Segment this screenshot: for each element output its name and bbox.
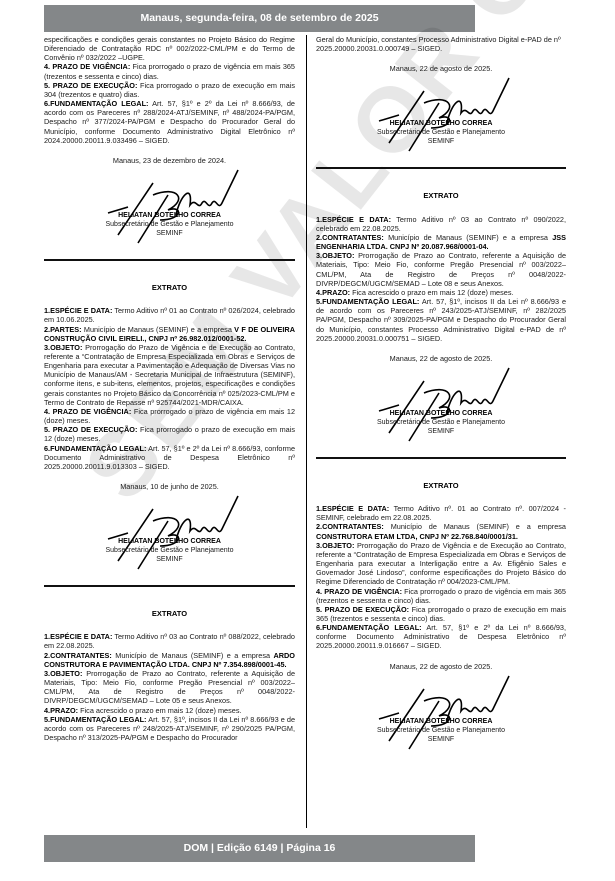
paragraph: 5. PRAZO DE EXECUÇÃO: Fica prorrogado o … [44, 81, 295, 99]
paragraph: 3.OBJETO: Prorrogação de Prazo ao Contra… [44, 669, 295, 706]
paragraph: 5.FUNDAMENTAÇÃO LEGAL: Art. 57, §1º, inc… [316, 297, 566, 343]
extrato-section: EXTRATO 1.ESPÉCIE E DATA: Termo Aditivo … [316, 191, 566, 459]
signer-role: Subsecretário de Gestão e Planejamento [316, 418, 566, 427]
paragraph: 2.PARTES: Município de Manaus (SEMINF) e… [44, 325, 295, 343]
signer-role: Subsecretário de Gestão e Planejamento [316, 726, 566, 735]
signature-block: HELIATAN BOTELHO CORREA Subsecretário de… [316, 671, 566, 743]
paragraph: 4. PRAZO DE VIGÊNCIA: Fica prorrogado o … [44, 407, 295, 425]
paragraph: 6.FUNDAMENTAÇÃO LEGAL: Art. 57, §1º e 2º… [316, 623, 566, 650]
paragraph: 3.OBJETO: Prorrogação de Prazo ao Contra… [316, 251, 566, 288]
paragraph: 3.OBJETO: Prorrogação do Prazo de Vigênc… [316, 541, 566, 587]
extrato-section: EXTRATO 1.ESPÉCIE E DATA: Termo Aditivo … [316, 481, 566, 743]
paragraph: Geral do Município, constantes Processo … [316, 35, 566, 53]
section-separator [316, 167, 566, 169]
paragraph: 6.FUNDAMENTAÇÃO LEGAL: Art. 57, §1º e 2º… [44, 444, 295, 471]
section-separator [44, 259, 295, 261]
paragraph: 1.ESPÉCIE E DATA: Termo Aditivo nº 03 ao… [316, 215, 566, 233]
continuation-section: especificações e condições gerais consta… [44, 35, 295, 261]
extrato-section: EXTRATO 1.ESPÉCIE E DATA: Termo Aditivo … [44, 283, 295, 587]
signing-date: Manaus, 22 de agosto de 2025. [316, 64, 566, 73]
signing-date: Manaus, 10 de junho de 2025. [44, 482, 295, 491]
footer-text: DOM | Edição 6149 | Página 16 [184, 842, 336, 854]
signature-block: HELIATAN BOTELHO CORREA Subsecretário de… [44, 491, 295, 563]
signing-date: Manaus, 22 de agosto de 2025. [316, 662, 566, 671]
continuation-section: Geral do Município, constantes Processo … [316, 35, 566, 169]
signature-block: HELIATAN BOTELHO CORREA Subsecretário de… [316, 73, 566, 145]
extrato-section: EXTRATO 1.ESPÉCIE E DATA: Termo Aditivo … [44, 609, 295, 742]
paragraph: 3.OBJETO: Prorrogação do Prazo de Vigênc… [44, 343, 295, 407]
paragraph: 1.ESPÉCIE E DATA: Termo Aditivo nº. 01 a… [316, 504, 566, 522]
signing-date: Manaus, 23 de dezembro de 2024. [44, 156, 295, 165]
paragraph: 4.PRAZO: Fica acrescido o prazo em mais … [44, 706, 295, 715]
section-title: EXTRATO [44, 283, 295, 292]
page-header-bar: Manaus, segunda-feira, 08 de setembro de… [44, 5, 475, 32]
signer-org: SEMINF [44, 229, 295, 238]
header-title: Manaus, segunda-feira, 08 de setembro de… [140, 12, 378, 24]
paragraph: 1.ESPÉCIE E DATA: Termo Aditivo nº 03 ao… [44, 632, 295, 650]
section-title: EXTRATO [44, 609, 295, 618]
signer-name: HELIATAN BOTELHO CORREA [44, 211, 295, 220]
column-divider [306, 35, 307, 828]
section-separator [316, 457, 566, 459]
signature-block: HELIATAN BOTELHO CORREA Subsecretário de… [316, 363, 566, 435]
paragraph: 1.ESPÉCIE E DATA: Termo Aditivo nº 01 ao… [44, 306, 295, 324]
signer-org: SEMINF [316, 735, 566, 744]
paragraph: 4. PRAZO DE VIGÊNCIA: Fica prorrogado o … [44, 62, 295, 80]
signer-org: SEMINF [316, 427, 566, 436]
signer-org: SEMINF [44, 555, 295, 564]
right-column: Geral do Município, constantes Processo … [316, 35, 566, 743]
signer-name: HELIATAN BOTELHO CORREA [44, 537, 295, 546]
paragraph: 2.CONTRATANTES: Município de Manaus (SEM… [44, 651, 295, 669]
section-title: EXTRATO [316, 481, 566, 490]
paragraph: 5. PRAZO DE EXECUÇÃO: Fica prorrogado o … [44, 425, 295, 443]
paragraph: 4. PRAZO DE VIGÊNCIA: Fica prorrogado o … [316, 587, 566, 605]
signer-name: HELIATAN BOTELHO CORREA [316, 409, 566, 418]
paragraph: 4.PRAZO: Fica acrescido o prazo em mais … [316, 288, 566, 297]
signature-block: HELIATAN BOTELHO CORREA Subsecretário de… [44, 165, 295, 237]
signer-name: HELIATAN BOTELHO CORREA [316, 717, 566, 726]
paragraph: 5.FUNDAMENTAÇÃO LEGAL: Art. 57, §1º, inc… [44, 715, 295, 742]
signer-role: Subsecretário de Gestão e Planejamento [316, 128, 566, 137]
paragraph: 2.CONTRATANTES: Município de Manaus (SEM… [316, 522, 566, 540]
page-footer-bar: DOM | Edição 6149 | Página 16 [44, 835, 475, 862]
signer-role: Subsecretário de Gestão e Planejamento [44, 220, 295, 229]
paragraph: 6.FUNDAMENTAÇÃO LEGAL: Art. 57, §1º e 2º… [44, 99, 295, 145]
paragraph: especificações e condições gerais consta… [44, 35, 295, 62]
signer-role: Subsecretário de Gestão e Planejamento [44, 546, 295, 555]
section-title: EXTRATO [316, 191, 566, 200]
signer-name: HELIATAN BOTELHO CORREA [316, 119, 566, 128]
page-body: SEM VALOR OFICIAL especificações e condi… [44, 35, 575, 830]
paragraph: 2.CONTRATANTES: Município de Manaus (SEM… [316, 233, 566, 251]
left-column: especificações e condições gerais consta… [44, 35, 295, 742]
signer-org: SEMINF [316, 137, 566, 146]
signing-date: Manaus, 22 de agosto de 2025. [316, 354, 566, 363]
paragraph: 5. PRAZO DE EXECUÇÃO: Fica prorrogado o … [316, 605, 566, 623]
section-separator [44, 585, 295, 587]
